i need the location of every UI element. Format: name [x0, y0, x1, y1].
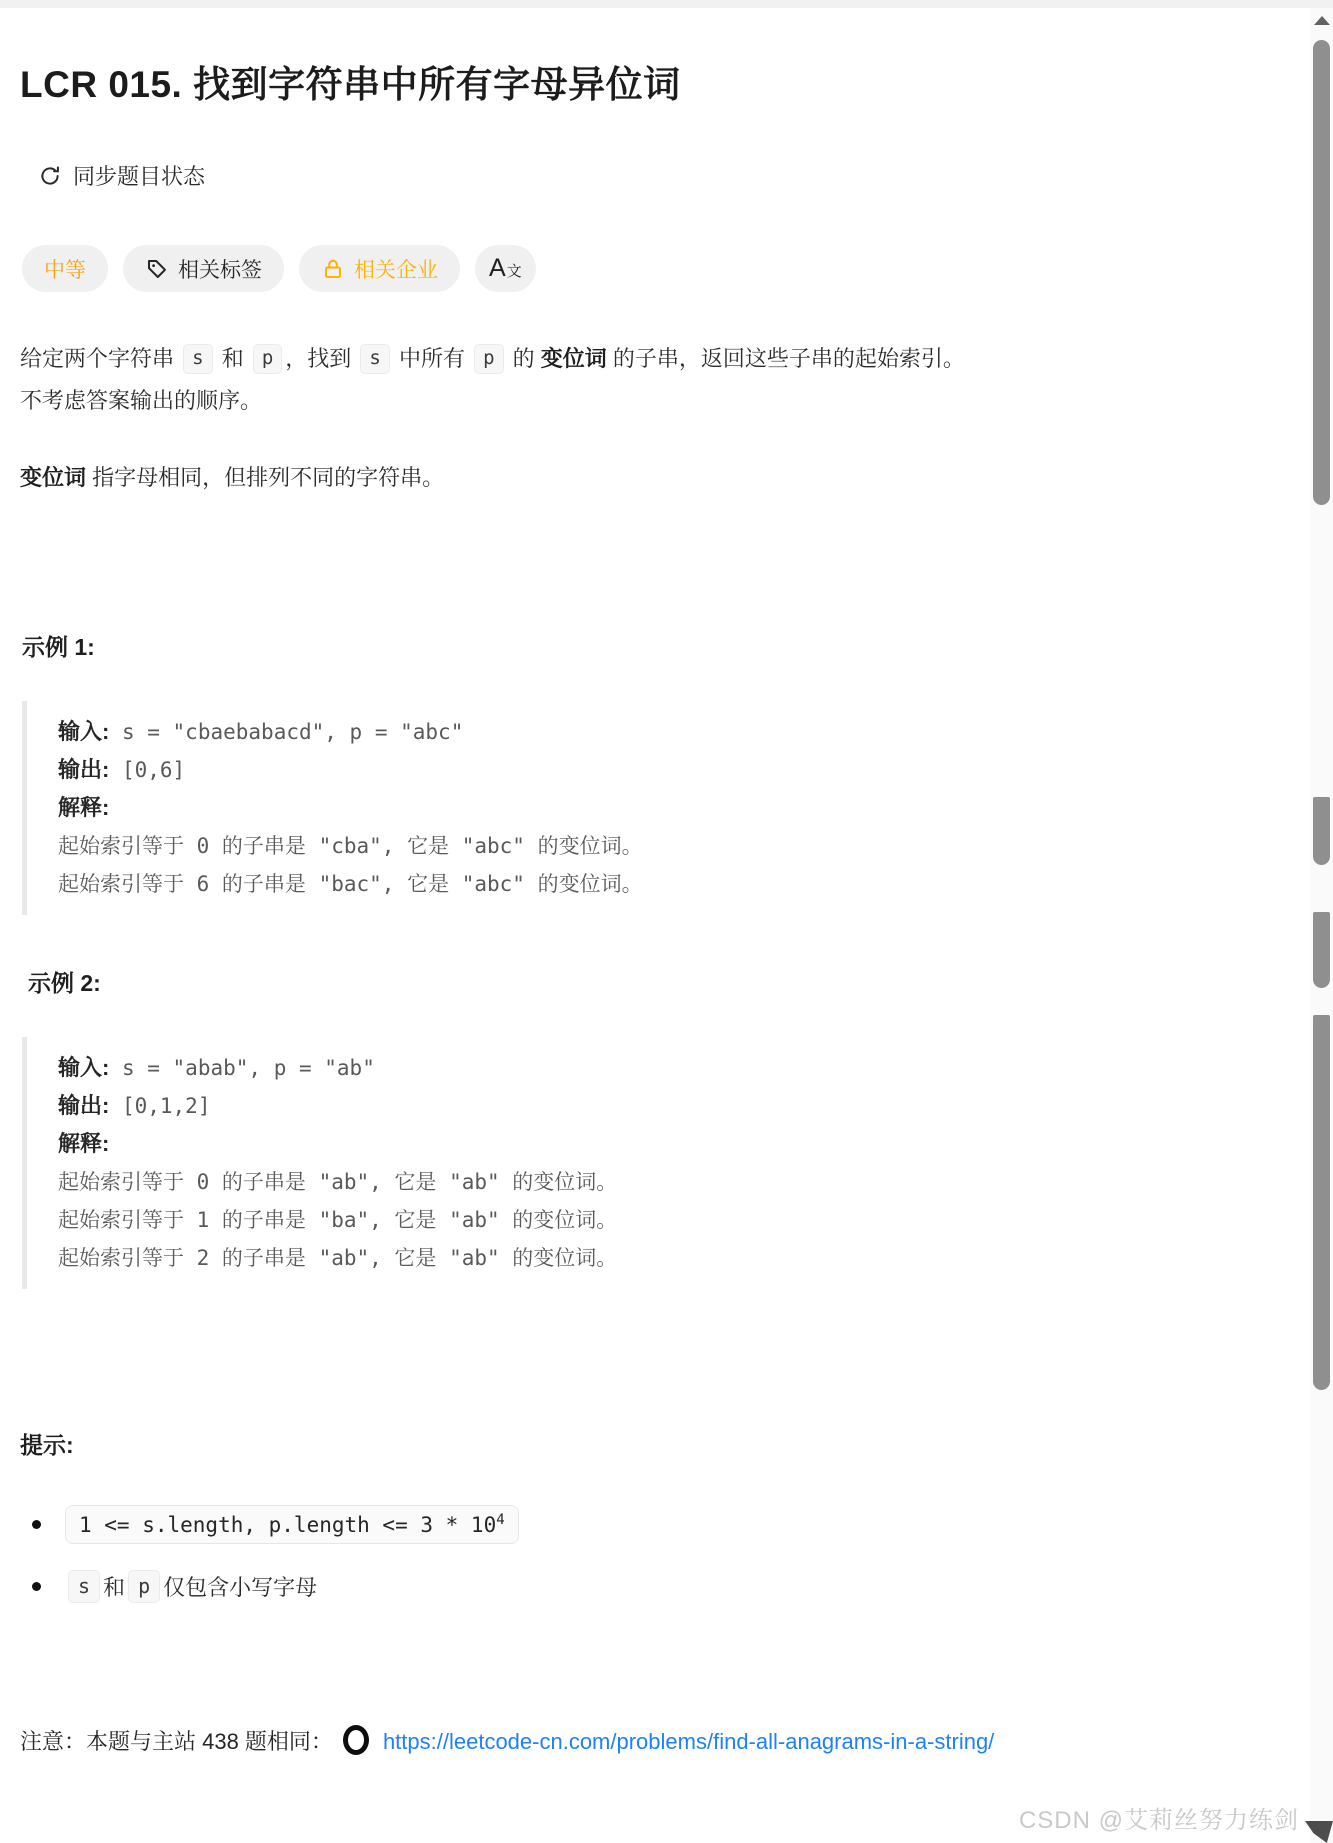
example-input-line: 输入: s = "cbaebabacd", p = "abc" [58, 713, 1290, 751]
related-tags-button[interactable]: 相关标签 [123, 245, 284, 292]
inline-code-s: s [183, 344, 212, 374]
mainsite-problem-link[interactable]: https://leetcode-cn.com/problems/find-al… [383, 1729, 994, 1754]
csdn-watermark: CSDN @艾莉丝努力练剑 [1019, 1800, 1299, 1835]
sync-label: 同步题目状态 [73, 160, 205, 191]
scrollbar-thumb-segment[interactable] [1313, 797, 1330, 865]
example-explain-line: 起始索引等于 0 的子串是 "ab", 它是 "ab" 的变位词。 [58, 1163, 1290, 1201]
example-explain-line: 起始索引等于 1 的子串是 "ba", 它是 "ab" 的变位词。 [58, 1201, 1290, 1239]
scrollbar-thumb-segment[interactable] [1313, 1015, 1330, 1390]
scroll-corner-arrow-icon [1305, 1821, 1333, 1843]
example-explain-line: 起始索引等于 6 的子串是 "bac", 它是 "abc" 的变位词。 [58, 865, 1290, 903]
example-2-block: 输入: s = "abab", p = "ab" 输出: [0,1,2] 解释:… [22, 1037, 1290, 1289]
hint-item: s 和 p 仅包含小写字母 [32, 1570, 1290, 1603]
example-2-heading: 示例 2: [28, 965, 1290, 998]
scroll-up-arrow-icon[interactable] [1314, 16, 1330, 25]
problem-page: LCR 015. 找到字符串中所有字母异位词 同步题目状态 中等 相关标 [0, 0, 1333, 1843]
inline-code-p: p [253, 344, 282, 374]
constraint-text: s 和 p 仅包含小写字母 [65, 1570, 317, 1603]
tag-icon [145, 257, 169, 281]
bullet-icon [32, 1582, 41, 1591]
translate-icon: A文 [489, 254, 522, 283]
bullet-icon [32, 1520, 41, 1529]
related-companies-button[interactable]: 相关企业 [299, 245, 460, 292]
inline-code-s: s [360, 344, 389, 374]
window-top-edge [0, 0, 1333, 8]
related-companies-label: 相关企业 [354, 254, 438, 284]
hint-item: 1 <= s.length, p.length <= 3 * 104 [32, 1505, 1290, 1544]
translate-toggle-button[interactable]: A文 [475, 245, 536, 292]
example-input-line: 输入: s = "abab", p = "ab" [58, 1049, 1290, 1087]
related-tags-label: 相关标签 [178, 254, 262, 284]
refresh-icon [38, 164, 62, 188]
scrollbar-thumb-segment[interactable] [1313, 40, 1330, 505]
example-1-block: 输入: s = "cbaebabacd", p = "abc" 输出: [0,6… [22, 701, 1290, 915]
example-explain-line: 起始索引等于 0 的子串是 "cba", 它是 "abc" 的变位词。 [58, 827, 1290, 865]
example-explain-line: 起始索引等于 2 的子串是 "ab", 它是 "ab" 的变位词。 [58, 1239, 1290, 1277]
sync-problem-status-button[interactable]: 同步题目状态 [38, 160, 205, 191]
constraint-code: 1 <= s.length, p.length <= 3 * 104 [65, 1505, 519, 1544]
favicon-circle-icon [343, 1725, 369, 1755]
example-explain-label: 解释: [58, 1125, 1290, 1163]
page-title: LCR 015. 找到字符串中所有字母异位词 [20, 54, 1290, 108]
scrollbar-thumb-segment[interactable] [1313, 912, 1330, 988]
note-paragraph: 注意：本题与主站 438 题相同：https://leetcode-cn.com… [20, 1721, 1105, 1763]
inline-code-p: p [474, 344, 503, 374]
problem-description: 给定两个字符串 s 和 p，找到 s 中所有 p 的 变位词 的子串，返回这些子… [20, 338, 1110, 422]
lock-icon [321, 257, 345, 281]
example-output-line: 输出: [0,6] [58, 751, 1290, 789]
hints-heading: 提示: [20, 1427, 1290, 1460]
inline-code-s: s [68, 1570, 100, 1603]
example-output-line: 输出: [0,1,2] [58, 1087, 1290, 1125]
anagram-definition: 变位词 指字母相同，但排列不同的字符串。 [20, 462, 1110, 494]
problem-content: LCR 015. 找到字符串中所有字母异位词 同步题目状态 中等 相关标 [0, 8, 1290, 1763]
difficulty-badge: 中等 [22, 245, 108, 292]
scrollbar-track[interactable] [1310, 8, 1333, 1843]
badge-row: 中等 相关标签 相关企业 [22, 245, 1290, 292]
inline-code-p: p [128, 1570, 160, 1603]
example-1-heading: 示例 1: [22, 629, 1290, 662]
example-explain-label: 解释: [58, 789, 1290, 827]
